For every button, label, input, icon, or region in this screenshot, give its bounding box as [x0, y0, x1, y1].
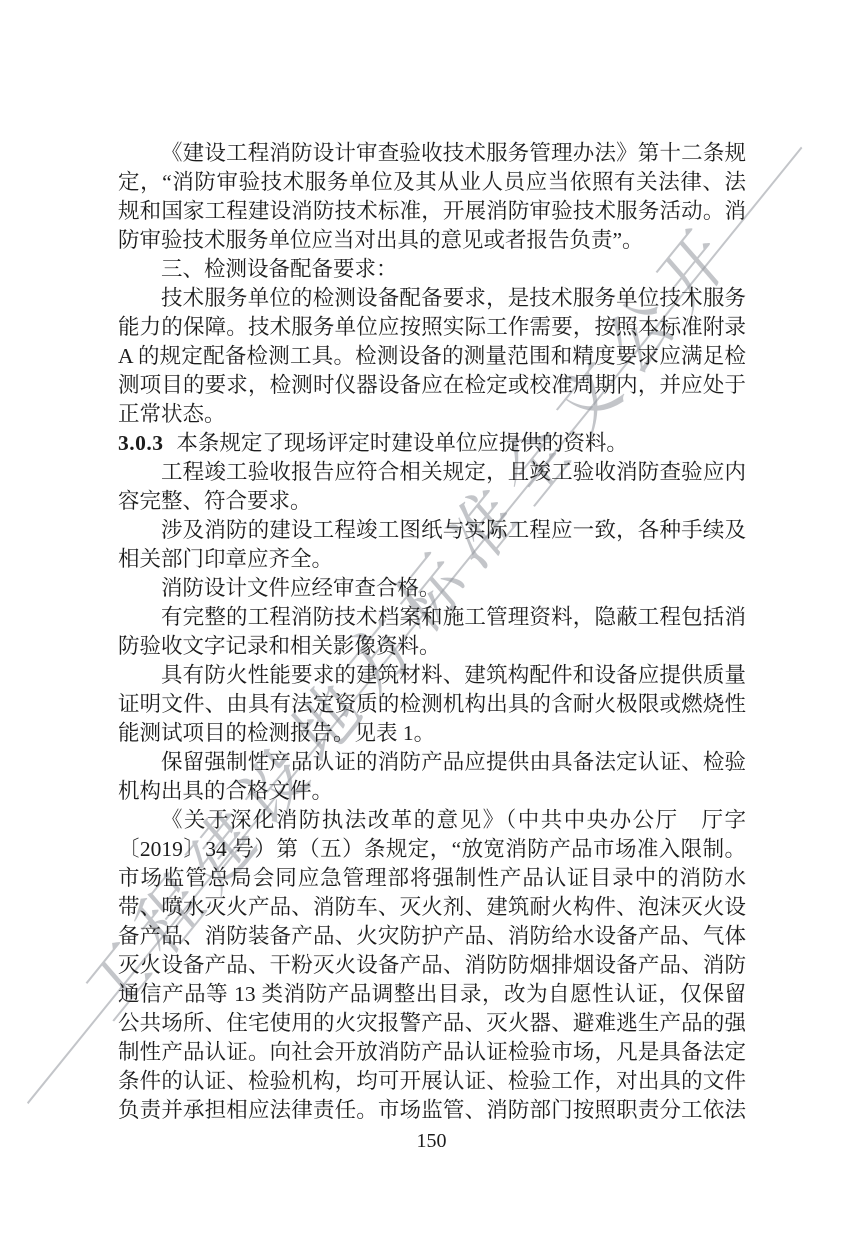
text-line: 测项目的要求，检测时仪器设备应在检定或校准周期内，并应处于	[118, 371, 746, 400]
text-line: 〔2019〕34 号）第（五）条规定，“放宽消防产品市场准入限制。	[118, 835, 746, 864]
text-line: 证明文件、由具有法定资质的检测机构出具的含耐火极限或燃烧性	[118, 690, 746, 719]
document-page: 工程建设地方标准全文公开 《建设工程消防设计审查验收技术服务管理办法》第十二条规…	[0, 0, 863, 1241]
clause-text: 本条规定了现场评定时建设单位应提供的资料。	[176, 431, 628, 455]
text-line: 规和国家工程建设消防技术标准，开展消防审验技术服务活动。消	[118, 197, 746, 226]
text-line: 灭火设备产品、干粉灭火设备产品、消防防烟排烟设备产品、消防	[118, 951, 746, 980]
page-footer: 150	[0, 1130, 863, 1153]
text-line: 工程竣工验收报告应符合相关规定，且竣工验收消防查验应内	[118, 458, 746, 487]
text-line: 保留强制性产品认证的消防产品应提供由具备法定认证、检验	[118, 748, 746, 777]
text-line: 负责并承担相应法律责任。市场监管、消防部门按照职责分工依法	[118, 1096, 746, 1125]
text-line: 能力的保障。技术服务单位应按照实际工作需要，按照本标准附录	[118, 313, 746, 342]
text-line: 涉及消防的建设工程竣工图纸与实际工程应一致，各种手续及	[118, 516, 746, 545]
text-line: 公共场所、住宅使用的火灾报警产品、灭火器、避难逃生产品的强	[118, 1009, 746, 1038]
text-line: 相关部门印章应齐全。	[118, 545, 746, 574]
text-line: 《关于深化消防执法改革的意见》（中共中央办公厅 厅字	[118, 806, 746, 835]
text-line: 备产品、消防装备产品、火灾防护产品、消防给水设备产品、气体	[118, 922, 746, 951]
text-line: 三、检测设备配备要求：	[118, 255, 746, 284]
text-line: 带、喷水灭火产品、消防车、灭火剂、建筑耐火构件、泡沫灭火设	[118, 893, 746, 922]
text-line: 消防设计文件应经审查合格。	[118, 574, 746, 603]
clause-number: 3.0.3	[118, 431, 164, 455]
text-line: 能测试项目的检测报告。见表 1。	[118, 719, 746, 748]
text-line: 条件的认证、检验机构，均可开展认证、检验工作，对出具的文件	[118, 1067, 746, 1096]
text-line: 具有防火性能要求的建筑材料、建筑构配件和设备应提供质量	[118, 661, 746, 690]
text-line: 市场监管总局会同应急管理部将强制性产品认证目录中的消防水	[118, 864, 746, 893]
text-line: 制性产品认证。向社会开放消防产品认证检验市场，凡是具备法定	[118, 1038, 746, 1067]
page-number: 150	[417, 1130, 447, 1152]
text-line: A 的规定配备检测工具。检测设备的测量范围和精度要求应满足检	[118, 342, 746, 371]
body-text: 《建设工程消防设计审查验收技术服务管理办法》第十二条规定，“消防审验技术服务单位…	[118, 139, 746, 1125]
text-line: 正常状态。	[118, 400, 746, 429]
text-line: 定，“消防审验技术服务单位及其从业人员应当依照有关法律、法	[118, 168, 746, 197]
text-line: 机构出具的合格文件。	[118, 777, 746, 806]
text-line: 3.0.3本条规定了现场评定时建设单位应提供的资料。	[118, 429, 746, 458]
text-line: 防审验技术服务单位应当对出具的意见或者报告负责”。	[118, 226, 746, 255]
text-line: 防验收文字记录和相关影像资料。	[118, 632, 746, 661]
text-line: 《建设工程消防设计审查验收技术服务管理办法》第十二条规	[118, 139, 746, 168]
text-line: 技术服务单位的检测设备配备要求，是技术服务单位技术服务	[118, 284, 746, 313]
text-line: 有完整的工程消防技术档案和施工管理资料，隐蔽工程包括消	[118, 603, 746, 632]
text-line: 容完整、符合要求。	[118, 487, 746, 516]
text-line: 通信产品等 13 类消防产品调整出目录，改为自愿性认证，仅保留	[118, 980, 746, 1009]
